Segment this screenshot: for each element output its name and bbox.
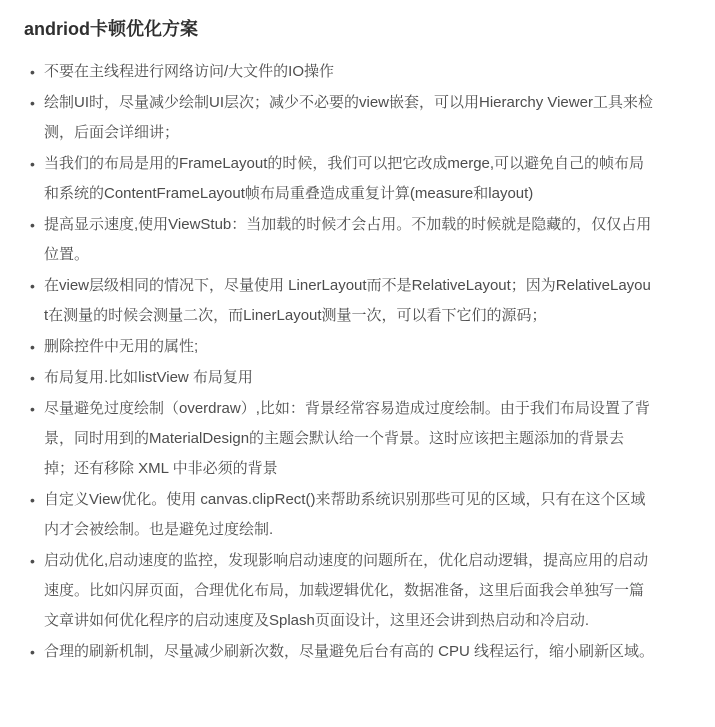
bullet-icon: • bbox=[30, 210, 38, 240]
optimization-list: •不要在主线程进行网络访问/大文件的IO操作 •绘制UI时，尽量减少绘制UI层次… bbox=[24, 57, 691, 667]
list-item-text: 自定义View优化。使用 canvas.clipRect()来帮助系统识别那些可… bbox=[44, 491, 645, 538]
list-item-text: 启动优化,启动速度的监控，发现影响启动速度的问题所在，优化启动逻辑，提高应用的启… bbox=[44, 552, 648, 629]
list-item: •绘制UI时，尽量减少绘制UI层次；减少不必要的view嵌套，可以用Hierar… bbox=[24, 88, 654, 148]
list-item-text: 当我们的布局是用的FrameLayout的时候，我们可以把它改成merge,可以… bbox=[44, 155, 644, 202]
bullet-icon: • bbox=[30, 88, 38, 118]
list-item: •不要在主线程进行网络访问/大文件的IO操作 bbox=[24, 57, 654, 87]
list-item-text: 布局复用.比如listView 布局复用 bbox=[44, 369, 253, 386]
bullet-icon: • bbox=[30, 57, 38, 87]
bullet-icon: • bbox=[30, 363, 38, 393]
list-item-text: 绘制UI时，尽量减少绘制UI层次；减少不必要的view嵌套，可以用Hierarc… bbox=[44, 94, 653, 141]
bullet-icon: • bbox=[30, 332, 38, 362]
bullet-icon: • bbox=[30, 149, 38, 179]
list-item-text: 删除控件中无用的属性; bbox=[44, 338, 198, 355]
bullet-icon: • bbox=[30, 485, 38, 515]
list-item: •在view层级相同的情况下，尽量使用 LinerLayout而不是Relati… bbox=[24, 271, 654, 331]
list-item-text: 尽量避免过度绘制（overdraw）,比如：背景经常容易造成过度绘制。由于我们布… bbox=[44, 400, 650, 477]
list-item: •布局复用.比如listView 布局复用 bbox=[24, 363, 654, 393]
list-item: •尽量避免过度绘制（overdraw）,比如：背景经常容易造成过度绘制。由于我们… bbox=[24, 394, 654, 484]
article: andriod卡顿优化方案 •不要在主线程进行网络访问/大文件的IO操作 •绘制… bbox=[0, 0, 715, 667]
list-item-text: 在view层级相同的情况下，尽量使用 LinerLayout而不是Relativ… bbox=[44, 277, 651, 324]
bullet-icon: • bbox=[30, 394, 38, 424]
list-item: •合理的刷新机制，尽量减少刷新次数，尽量避免后台有高的 CPU 线程运行，缩小刷… bbox=[24, 637, 654, 667]
list-item: •启动优化,启动速度的监控，发现影响启动速度的问题所在，优化启动逻辑，提高应用的… bbox=[24, 546, 654, 636]
list-item: •自定义View优化。使用 canvas.clipRect()来帮助系统识别那些… bbox=[24, 485, 654, 545]
list-item-text: 合理的刷新机制，尽量减少刷新次数，尽量避免后台有高的 CPU 线程运行，缩小刷新… bbox=[44, 643, 654, 660]
bullet-icon: • bbox=[30, 637, 38, 667]
list-item: •提高显示速度,使用ViewStub：当加载的时候才会占用。不加载的时候就是隐藏… bbox=[24, 210, 654, 270]
list-item-text: 提高显示速度,使用ViewStub：当加载的时候才会占用。不加载的时候就是隐藏的… bbox=[44, 216, 651, 263]
bullet-icon: • bbox=[30, 271, 38, 301]
list-item-text: 不要在主线程进行网络访问/大文件的IO操作 bbox=[44, 63, 334, 80]
list-item: •删除控件中无用的属性; bbox=[24, 332, 654, 362]
list-item: •当我们的布局是用的FrameLayout的时候，我们可以把它改成merge,可… bbox=[24, 149, 654, 209]
article-title: andriod卡顿优化方案 bbox=[24, 14, 691, 44]
bullet-icon: • bbox=[30, 546, 38, 576]
